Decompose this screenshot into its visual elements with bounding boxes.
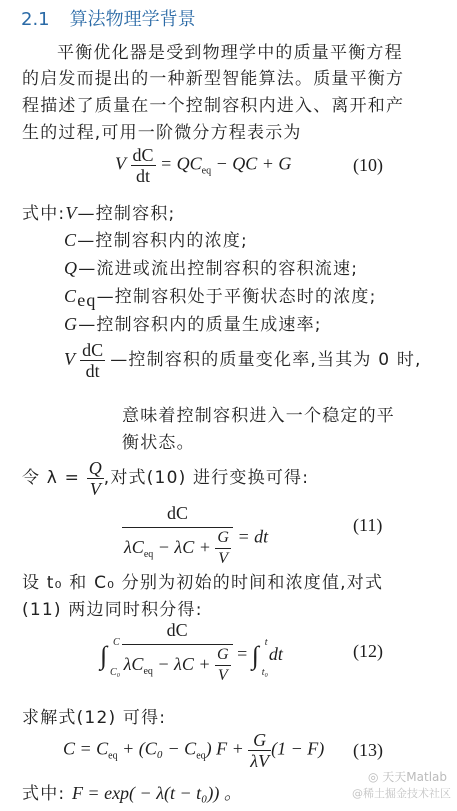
solve-line: 求解式(12) 可得: [22, 703, 166, 728]
lambda-definition: 令 λ = QV,对式(10) 进行变换可得: [22, 458, 309, 499]
equation-13: C = Ceq + (C₀ − Ceq) F + GλV(1 − F) [63, 730, 324, 771]
wechat-icon: ◎ [368, 770, 382, 784]
intro-line-4: 生的过程,可用一阶微分方程表示为 [22, 118, 302, 143]
init-line-2: (11) 两边同时积分得: [22, 595, 203, 620]
integral-sign: ∫CC₀ [100, 641, 107, 670]
section-number: 2.1 [21, 9, 50, 30]
intro-line-2: 的启发而提出的一种新型智能算法。质量平衡方 [22, 64, 404, 89]
definition-rate: V dCdt —控制容积的质量变化率,当其为 0 时, [64, 340, 422, 381]
eq13-label: (13) [353, 740, 383, 761]
rate-line-3: 衡状态。 [122, 428, 195, 453]
lambda-fraction: QV [87, 458, 104, 499]
eq12-fraction: dC λCeq − λC + GV [122, 620, 233, 691]
section-title: 算法物理学背景 [70, 9, 196, 30]
definition-G: G—控制容积内的质量生成速率; [64, 310, 322, 335]
final-line: 式中: F = exp( − λ(t − t₀)) 。 [22, 779, 242, 805]
rate-line-2: 意味着控制容积进入一个稳定的平 [122, 401, 395, 426]
init-line-1: 设 t₀ 和 C₀ 分别为初始的时间和浓度值,对式 [22, 568, 383, 593]
equation-12: ∫CC₀ dC λCeq − λC + GV = ∫tt₀dt [100, 620, 283, 691]
eq10-label: (10) [353, 155, 383, 176]
intro-line-1: 平衡优化器是受到物理学中的质量平衡方程 [57, 38, 403, 63]
where-label: 式中:V—控制容积; [22, 199, 175, 224]
eq10-rhs: = QC [160, 154, 202, 174]
equation-10: V dCdt = QCeq − QC + G [115, 145, 291, 186]
watermark-brand: ◎ 天天Matlab [368, 768, 447, 785]
eq11-label: (11) [353, 515, 382, 536]
definition-Q: Q—流进或流出控制容积的容积流速; [64, 254, 358, 279]
section-heading: 2.1算法物理学背景 [21, 5, 196, 31]
eq12-label: (12) [353, 641, 383, 662]
eq10-fraction: dCdt [131, 145, 156, 186]
watermark-source: @稀土掘金技术社区 [352, 785, 451, 801]
eq10-lhs: V [115, 154, 126, 174]
equation-11: dC λCeq − λC + GV = dt [122, 503, 268, 574]
eq11-fraction: dC λCeq − λC + GV [122, 503, 233, 574]
definition-Ceq: Ceq—控制容积处于平衡状态时的浓度; [64, 282, 377, 311]
definition-C: C—控制容积内的浓度; [64, 226, 248, 251]
rate-fraction: dCdt [80, 340, 105, 381]
intro-line-3: 程描述了质量在一个控制容积内进入、离开和产 [22, 91, 404, 116]
